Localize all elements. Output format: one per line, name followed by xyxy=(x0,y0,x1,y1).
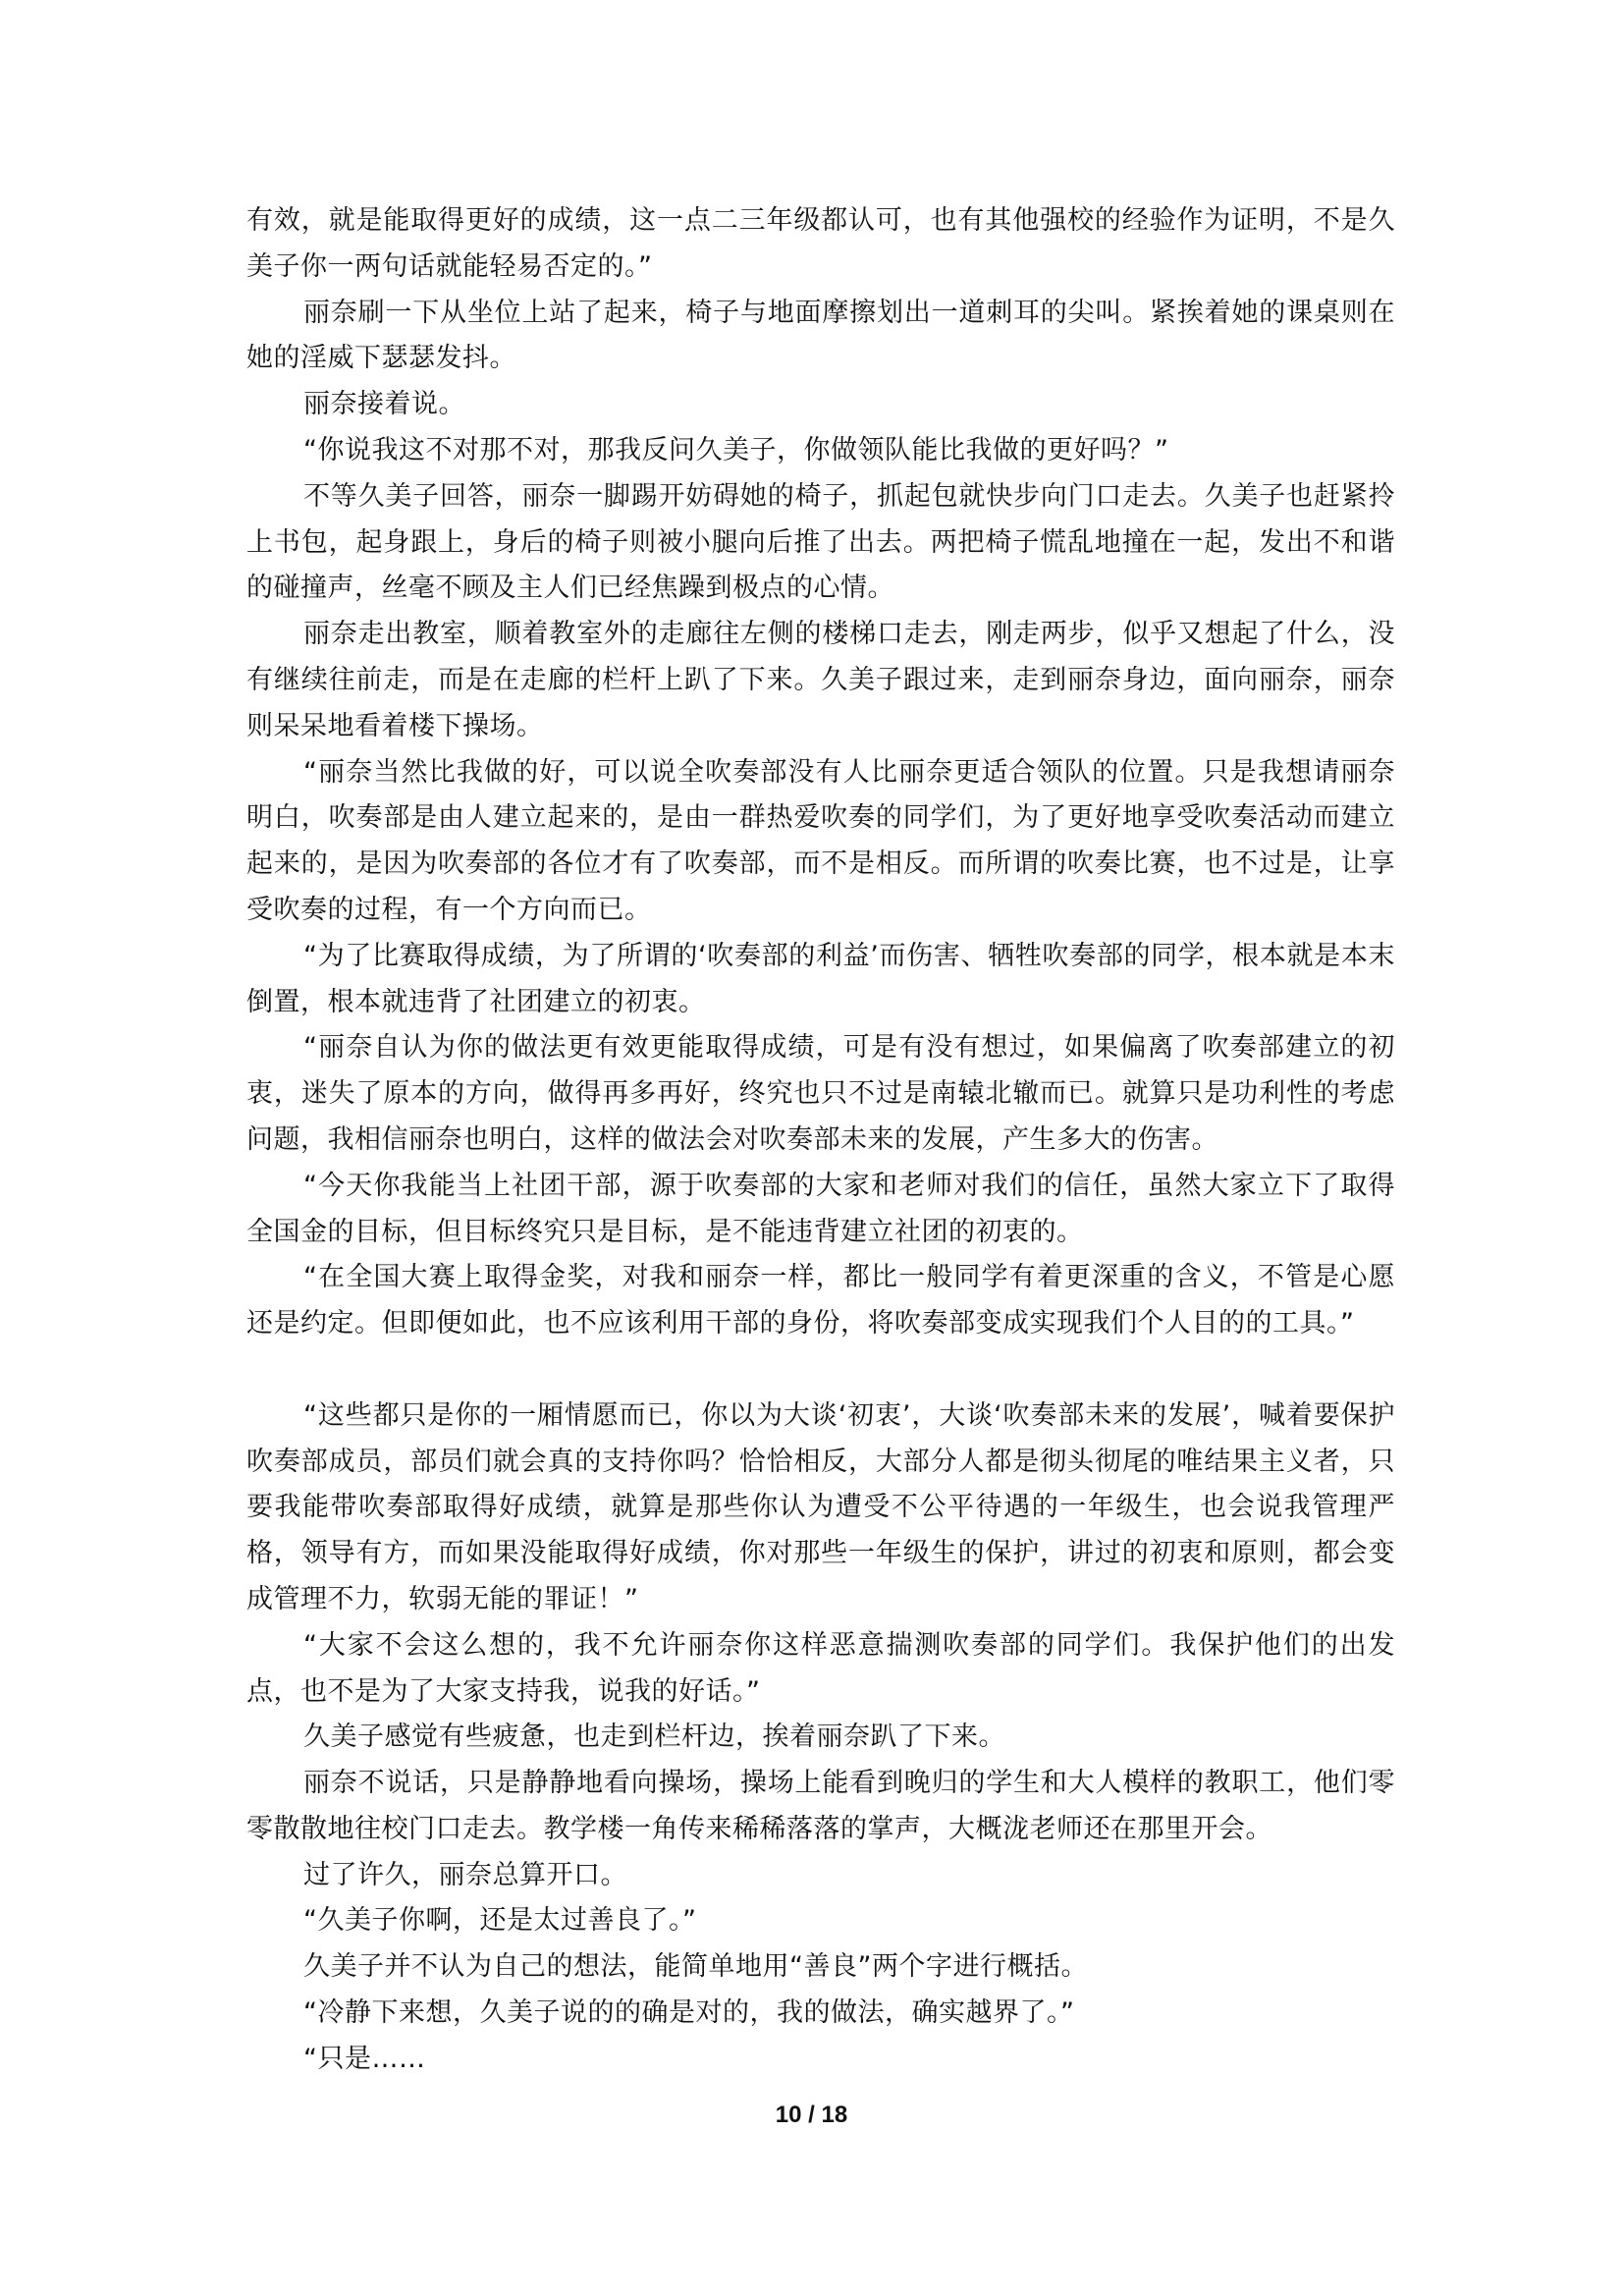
paragraph: “在全国大赛上取得金奖，对我和丽奈一样，都比一般同学有着更深重的含义，不管是心愿… xyxy=(246,1255,1395,1347)
paragraph: “久美子你啊，还是太过善良了。” xyxy=(246,1898,1395,1944)
paragraph: 丽奈刷一下从坐位上站了起来，椅子与地面摩擦划出一道刺耳的尖叫。紧挨着她的课桌则在… xyxy=(246,291,1395,383)
paragraph: “丽奈当然比我做的好，可以说全吹奏部没有人比丽奈更适合领队的位置。只是我想请丽奈… xyxy=(246,750,1395,934)
paragraph: 久美子并不认为自己的想法，能简单地用“善良”两个字进行概括。 xyxy=(246,1944,1395,1991)
paragraph: “只是…… xyxy=(246,2037,1395,2083)
paragraph: 丽奈不说话，只是静静地看向操场，操场上能看到晚归的学生和大人模样的教职工，他们零… xyxy=(246,1761,1395,1853)
paragraph: 丽奈接着说。 xyxy=(246,382,1395,428)
paragraph: “为了比赛取得成绩，为了所谓的‘吹奏部的利益’而伤害、牺牲吹奏部的同学，根本就是… xyxy=(246,934,1395,1026)
blank-line xyxy=(246,1347,1395,1394)
page-number: 10 / 18 xyxy=(0,2102,1623,2129)
document-page: 有效，就是能取得更好的成绩，这一点二三年级都认可，也有其他强校的经验作为证明，不… xyxy=(0,0,1623,2296)
paragraph: “冷静下来想，久美子说的的确是对的，我的做法，确实越界了。” xyxy=(246,1991,1395,2037)
document-body: 有效，就是能取得更好的成绩，这一点二三年级都认可，也有其他强校的经验作为证明，不… xyxy=(246,198,1395,2083)
paragraph: “丽奈自认为你的做法更有效更能取得成绩，可是有没有想过，如果偏离了吹奏部建立的初… xyxy=(246,1025,1395,1163)
paragraph: 有效，就是能取得更好的成绩，这一点二三年级都认可，也有其他强校的经验作为证明，不… xyxy=(246,198,1395,291)
paragraph: 久美子感觉有些疲惫，也走到栏杆边，挨着丽奈趴了下来。 xyxy=(246,1715,1395,1761)
paragraph: “大家不会这么想的，我不允许丽奈你这样恶意揣测吹奏部的同学们。我保护他们的出发点… xyxy=(246,1623,1395,1716)
paragraph: “这些都只是你的一厢情愿而已，你以为大谈‘初衷’，大谈‘吹奏部未来的发展’，喊着… xyxy=(246,1394,1395,1623)
paragraph: “今天你我能当上社团干部，源于吹奏部的大家和老师对我们的信任，虽然大家立下了取得… xyxy=(246,1164,1395,1256)
paragraph: 不等久美子回答，丽奈一脚踢开妨碍她的椅子，抓起包就快步向门口走去。久美子也赶紧拎… xyxy=(246,474,1395,612)
paragraph: 丽奈走出教室，顺着教室外的走廊往左侧的楼梯口走去，刚走两步，似乎又想起了什么，没… xyxy=(246,612,1395,749)
paragraph: 过了许久，丽奈总算开口。 xyxy=(246,1853,1395,1899)
paragraph: “你说我这不对那不对，那我反问久美子，你做领队能比我做的更好吗？” xyxy=(246,428,1395,474)
